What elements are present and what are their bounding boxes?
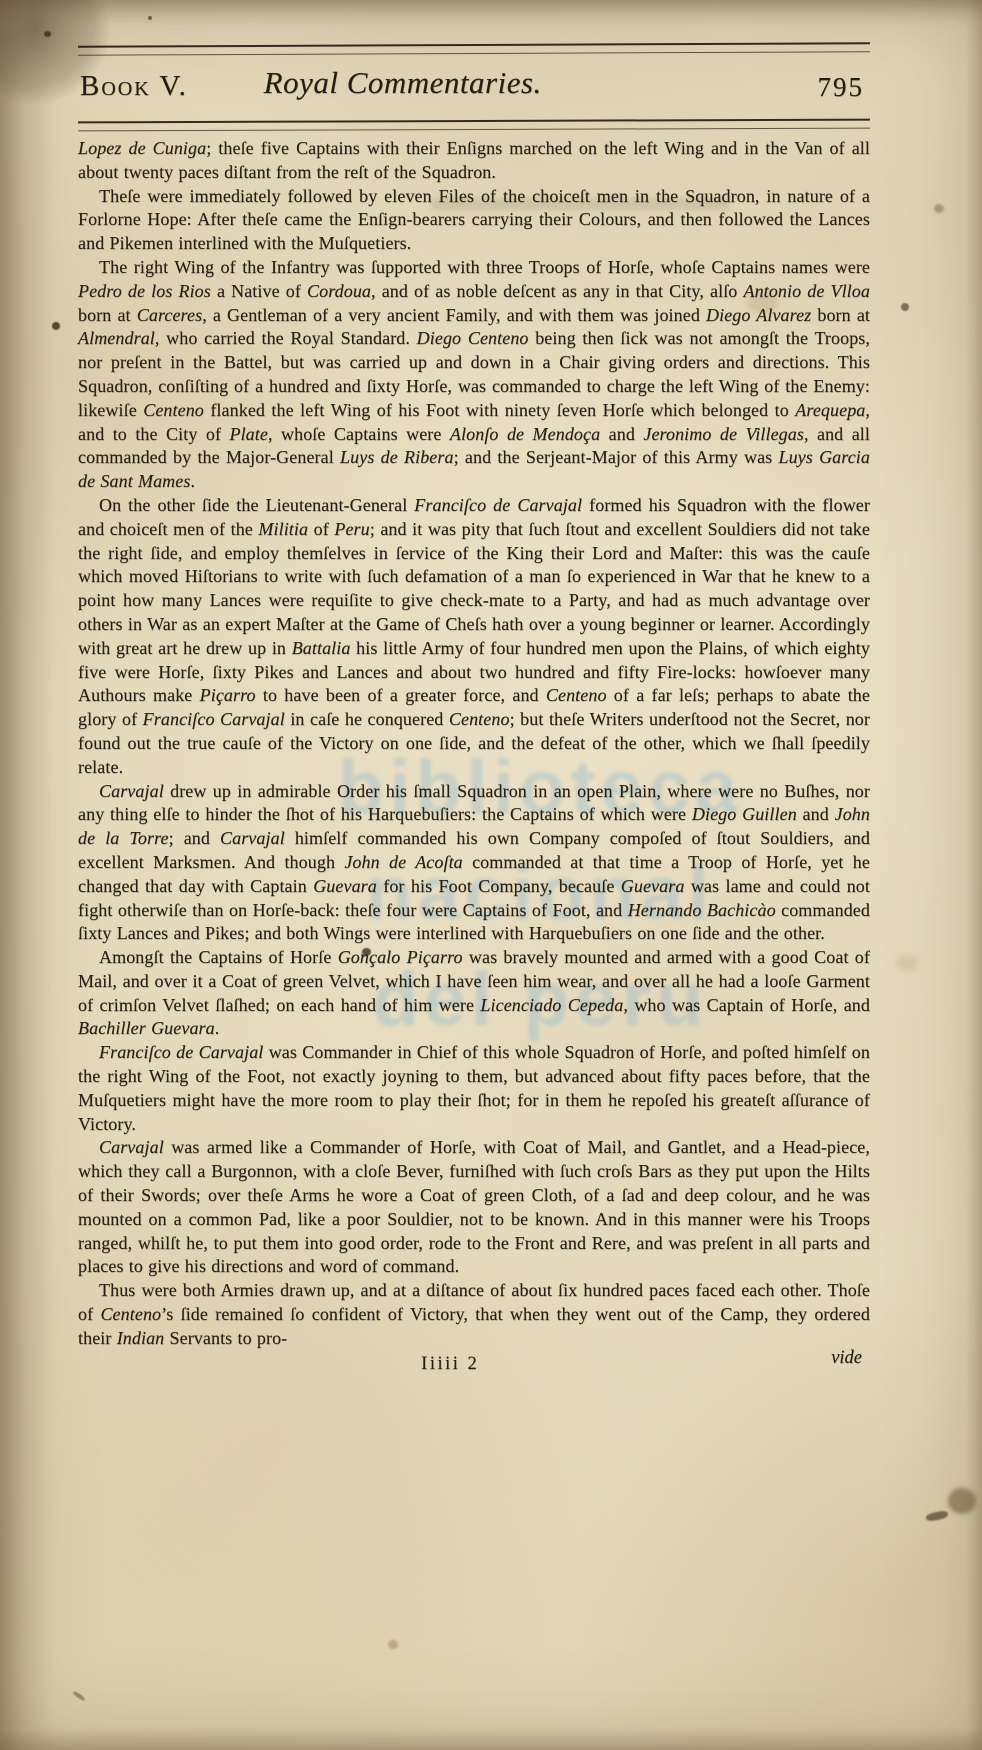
italic-text-run: Carvajal bbox=[220, 828, 285, 848]
italic-text-run: Antonio de Vlloa bbox=[743, 281, 870, 301]
paragraph: On the other ſide the Lieutenant-General… bbox=[78, 494, 870, 780]
catchword: vide bbox=[831, 1348, 862, 1369]
italic-text-run: Diego Alvarez bbox=[706, 305, 811, 325]
italic-text-run: Franciſco de Carvajal bbox=[414, 495, 582, 515]
italic-text-run: Carceres bbox=[137, 305, 202, 325]
text-run: and bbox=[600, 424, 643, 444]
text-run: On the other ſide the Lieutenant-General bbox=[99, 495, 414, 515]
text-run: in caſe he conquered bbox=[285, 709, 449, 729]
text-run: flanked the left Wing of his Foot with n… bbox=[204, 400, 795, 420]
italic-text-run: Gonçalo Piçarro bbox=[338, 947, 463, 967]
italic-text-run: Plate bbox=[229, 424, 268, 444]
italic-text-run: Centeno bbox=[449, 709, 510, 729]
italic-text-run: Almendral bbox=[78, 328, 155, 348]
ink-smudge bbox=[72, 1690, 86, 1701]
paragraph: Theſe were immediately followed by eleve… bbox=[78, 185, 870, 256]
italic-text-run: Centeno bbox=[143, 400, 204, 420]
italic-text-run: Guevara bbox=[313, 876, 377, 896]
italic-text-run: Carvajal bbox=[99, 781, 164, 801]
italic-text-run: Indian bbox=[117, 1328, 165, 1348]
italic-text-run: John de Acoſta bbox=[344, 852, 462, 872]
text-run: Amongſt the Captains of Horſe bbox=[99, 947, 338, 967]
signature-mark: Iiiii 2 bbox=[421, 1354, 479, 1375]
text-run: was armed like a Commander of Horſe, wit… bbox=[78, 1137, 870, 1276]
text-run: . bbox=[215, 1018, 220, 1038]
text-run: , a Gentleman of a very ancient Family, … bbox=[202, 305, 706, 325]
text-run: born at bbox=[78, 305, 137, 325]
page-edge-shadow-left bbox=[0, 0, 54, 1750]
paragraph: Lopez de Cuniga; theſe five Captains wit… bbox=[78, 137, 870, 185]
italic-text-run: Carvajal bbox=[99, 1137, 164, 1157]
text-run: , and of as noble deſcent as any in that… bbox=[371, 281, 743, 301]
foxing-spot bbox=[388, 1640, 398, 1649]
foxing-spot bbox=[934, 204, 944, 213]
italic-text-run: Cordoua bbox=[307, 281, 371, 301]
italic-text-run: Diego Guillen bbox=[692, 804, 797, 824]
italic-text-run: Arequepa bbox=[795, 400, 865, 420]
text-run: Servants to pro- bbox=[164, 1328, 287, 1348]
italic-text-run: Pedro de los Rios bbox=[78, 281, 211, 301]
page-edge-shadow-right bbox=[966, 0, 982, 1750]
text-run: . bbox=[190, 471, 195, 491]
top-rule bbox=[78, 42, 870, 55]
italic-text-run: Diego Centeno bbox=[417, 328, 529, 348]
italic-text-run: Luys de Ribera bbox=[340, 447, 454, 467]
text-run: Theſe were immediately followed by eleve… bbox=[78, 186, 870, 254]
page-edge-shadow-bottom bbox=[0, 1728, 982, 1750]
book-page: biblioteca nacional del peru Book V. Roy… bbox=[0, 0, 982, 1750]
page-number: 795 bbox=[818, 72, 865, 103]
italic-text-run: Franciſco Carvajal bbox=[143, 709, 285, 729]
text-run: and bbox=[797, 804, 835, 824]
text-run: The right Wing of the Infantry was ſuppo… bbox=[99, 257, 870, 277]
italic-text-run: Militia bbox=[258, 519, 308, 539]
italic-text-run: Alonſo de Mendoça bbox=[450, 424, 600, 444]
book-label: Book V. bbox=[80, 70, 188, 103]
italic-text-run: Licenciado Cepeda bbox=[480, 995, 623, 1015]
page-title: Royal Commentaries. bbox=[264, 65, 542, 101]
paragraph: The right Wing of the Infantry was ſuppo… bbox=[78, 256, 870, 494]
body-text: Lopez de Cuniga; theſe five Captains wit… bbox=[78, 137, 870, 1351]
text-run: , who was Captain of Horſe, and bbox=[623, 995, 870, 1015]
foxing-spot bbox=[896, 955, 918, 971]
text-run: , whoſe Captains were bbox=[268, 424, 450, 444]
page-content: Book V. Royal Commentaries. 795 Lopez de… bbox=[78, 40, 870, 1382]
paragraph: Carvajal drew up in admirable Order his … bbox=[78, 780, 870, 947]
text-run: ; and bbox=[169, 828, 220, 848]
running-header: Book V. Royal Commentaries. 795 bbox=[78, 62, 870, 116]
paragraph: Amongſt the Captains of Horſe Gonçalo Pi… bbox=[78, 946, 870, 1041]
text-run: for his Foot Company, becauſe bbox=[377, 876, 621, 896]
text-run: born at bbox=[811, 305, 870, 325]
italic-text-run: Jeronimo de Villegas bbox=[643, 424, 804, 444]
italic-text-run: Bachiller Guevara bbox=[78, 1018, 215, 1038]
header-rule bbox=[78, 119, 870, 132]
text-run: ; and the Serjeant-Major of this Army wa… bbox=[454, 447, 779, 467]
italic-text-run: Franciſco de Carvajal bbox=[99, 1042, 263, 1062]
text-run: , who carried the Royal Standard. bbox=[155, 328, 417, 348]
italic-text-run: Lopez de Cuniga bbox=[78, 138, 206, 158]
italic-text-run: Guevara bbox=[621, 876, 685, 896]
footer-line: Iiiii 2 vide bbox=[78, 1354, 870, 1382]
paragraph: Franciſco de Carvajal was Commander in C… bbox=[78, 1041, 870, 1136]
ink-smudge bbox=[925, 1510, 948, 1522]
page-edge-shadow-top bbox=[0, 0, 982, 26]
paragraph: Carvajal was armed like a Commander of H… bbox=[78, 1136, 870, 1279]
italic-text-run: Peru bbox=[334, 519, 369, 539]
italic-text-run: Hernando Bachicào bbox=[628, 900, 776, 920]
ink-speck bbox=[901, 303, 909, 311]
italic-text-run: Battalia bbox=[292, 638, 351, 658]
italic-text-run: Centeno bbox=[546, 685, 607, 705]
text-run: a Native of bbox=[211, 281, 307, 301]
italic-text-run: Centeno bbox=[100, 1304, 161, 1324]
italic-text-run: Piçarro bbox=[200, 685, 256, 705]
text-run: of bbox=[308, 519, 334, 539]
paragraph: Thus were both Armies drawn up, and at a… bbox=[78, 1279, 870, 1350]
text-run: to have been of a greater force, and bbox=[256, 685, 546, 705]
